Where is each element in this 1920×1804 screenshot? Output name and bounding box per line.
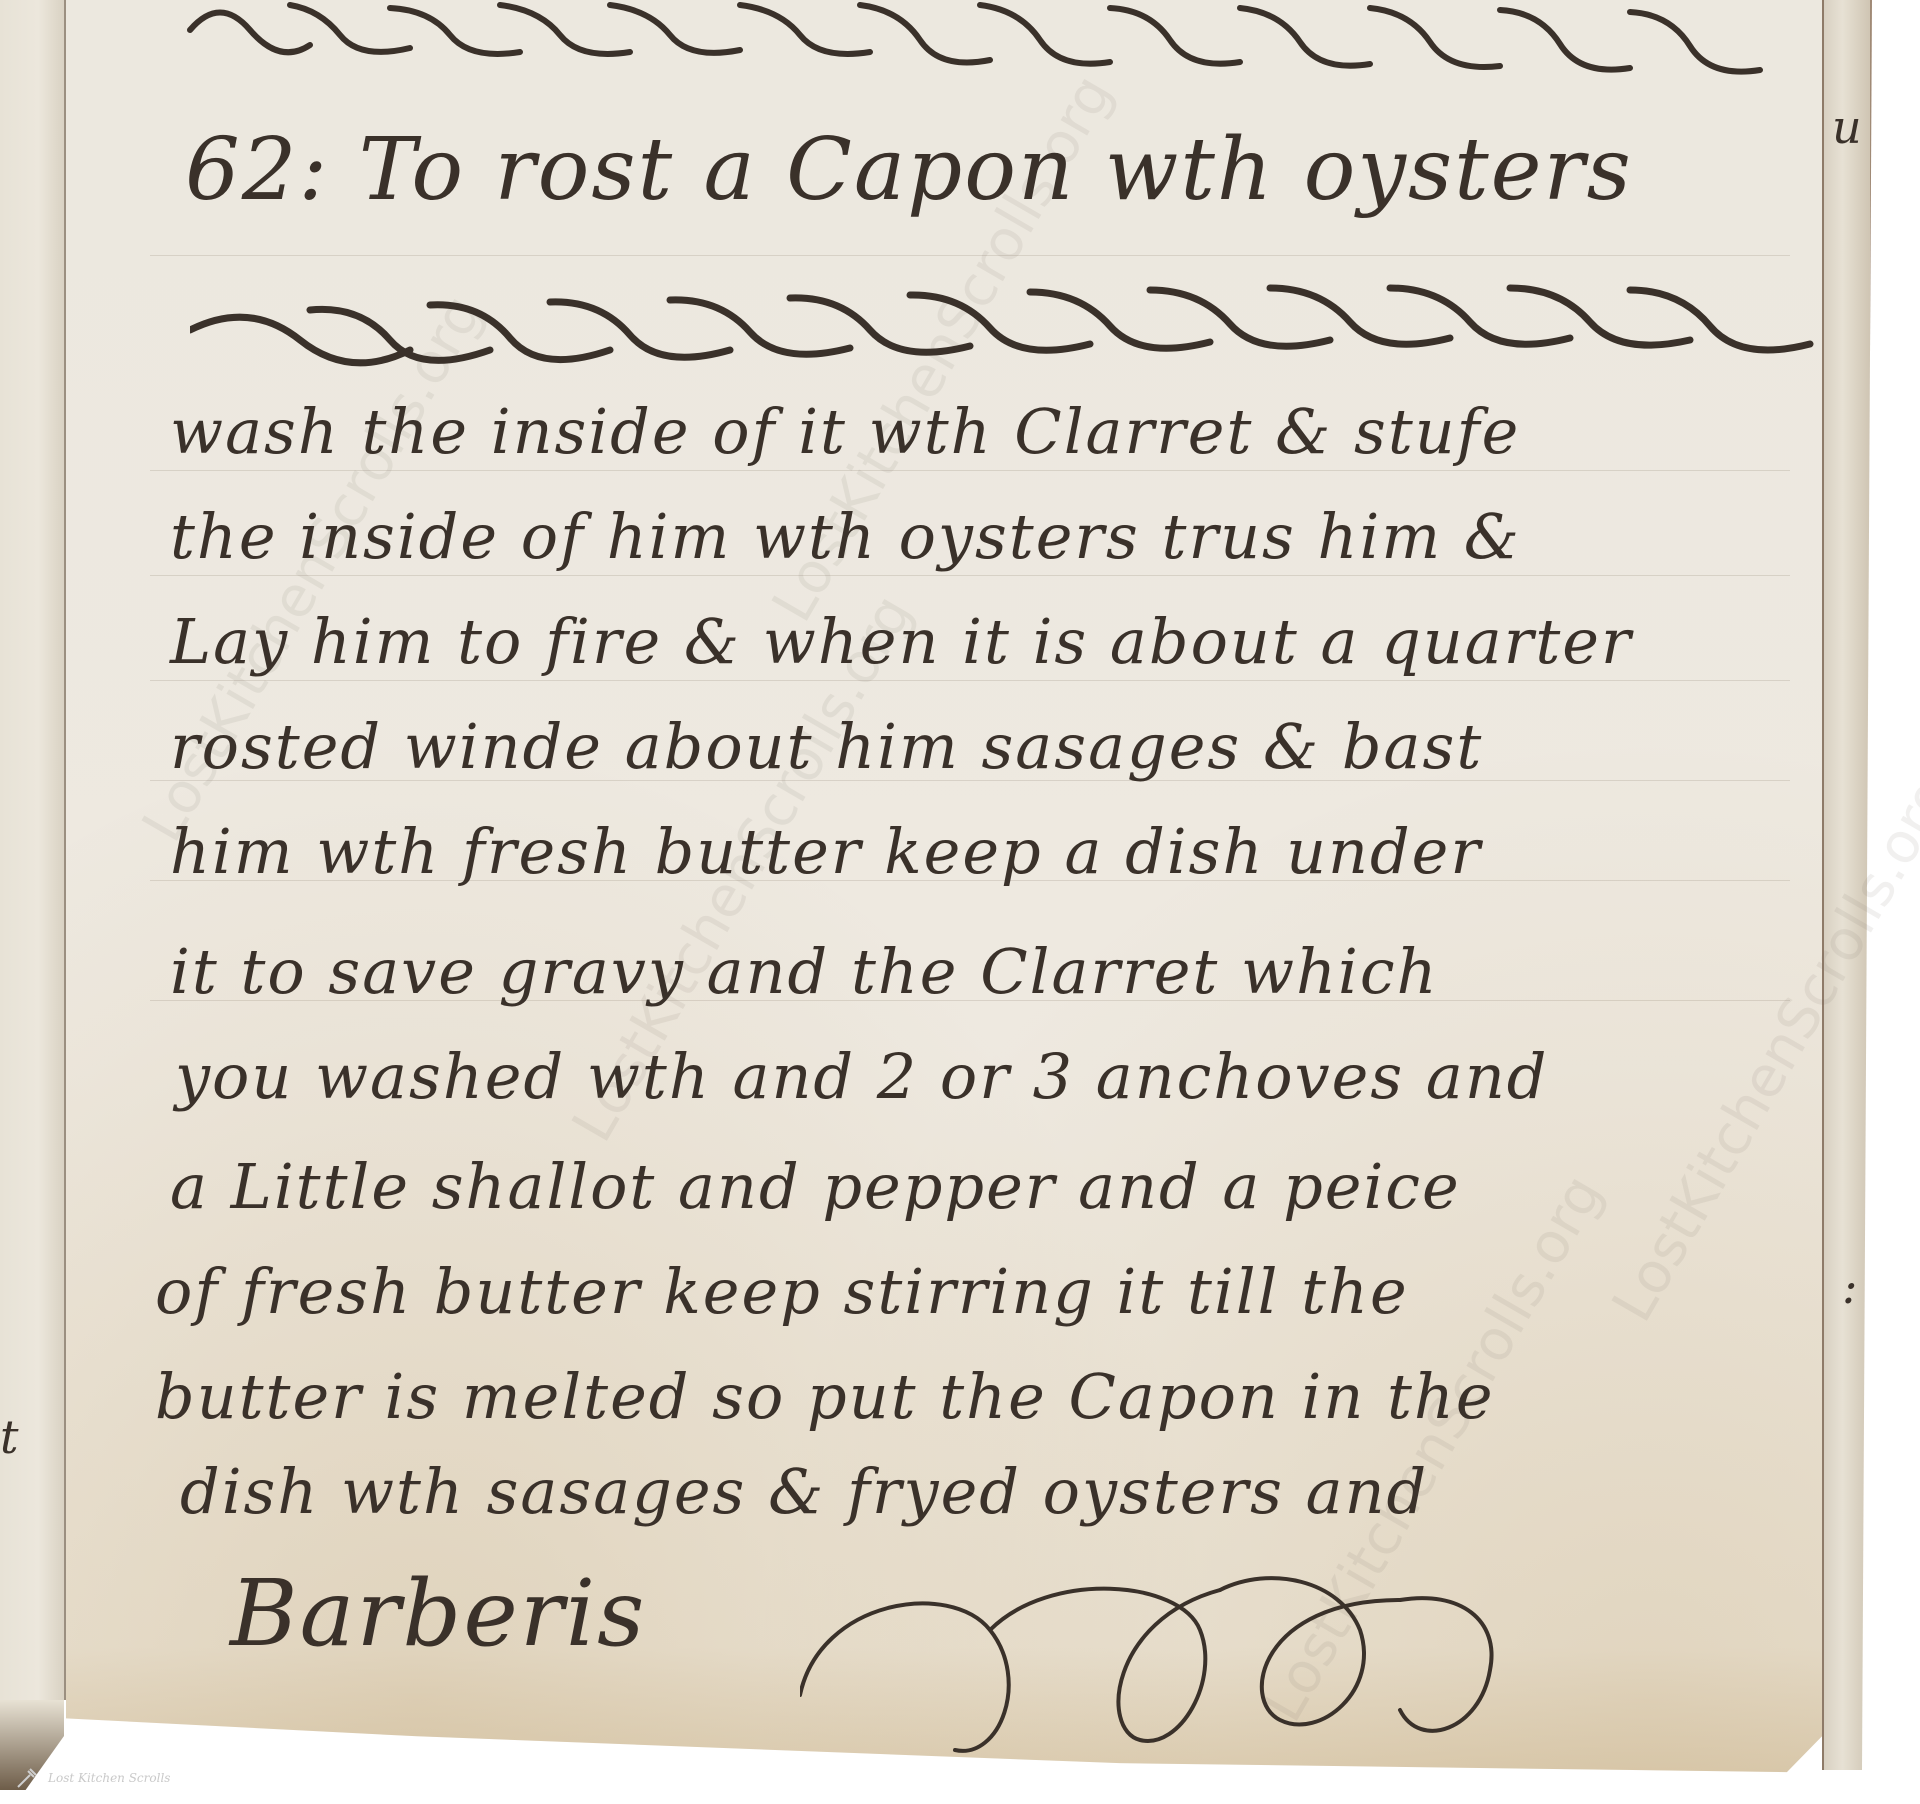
recipe-line: Lay him to fire & when it is about a qua… — [170, 605, 1633, 678]
recipe-line: him wth fresh butter keep a dish under — [170, 815, 1482, 888]
decorative-wave-border-middle — [190, 280, 1830, 380]
margin-mark: t — [0, 1410, 19, 1464]
logo-text: Lost Kitchen Scrolls — [48, 1771, 170, 1785]
recipe-number: 62: — [185, 120, 329, 220]
recipe-title-text: To rost a Capon wth oysters — [359, 120, 1633, 220]
recipe-line: dish wth sasages & fryed oysters and — [180, 1455, 1428, 1528]
recipe-line: a Little shallot and pepper and a peice — [170, 1150, 1461, 1223]
margin-mark: : — [1842, 1260, 1858, 1314]
site-logo: Lost Kitchen Scrolls — [14, 1765, 170, 1791]
recipe-line: of fresh butter keep stirring it till th… — [155, 1255, 1409, 1328]
decorative-flourish-loops — [800, 1560, 1720, 1760]
decorative-wave-border-top — [180, 0, 1830, 80]
recipe-line: you washed wth and 2 or 3 anchoves and — [175, 1040, 1548, 1113]
fork-icon — [14, 1765, 40, 1791]
closing-word: Barberis — [230, 1560, 646, 1667]
recipe-title: 62: To rost a Capon wth oysters — [185, 120, 1633, 220]
margin-mark: u — [1832, 100, 1862, 154]
recipe-line: it to save gravy and the Clarret which — [170, 935, 1439, 1008]
ruled-line — [150, 575, 1790, 576]
ruled-line — [150, 680, 1790, 681]
recipe-line: the inside of him wth oysters trus him & — [170, 500, 1521, 573]
recipe-line: butter is melted so put the Capon in the — [155, 1360, 1495, 1433]
recipe-line: wash the inside of it wth Clarret & stuf… — [170, 395, 1520, 468]
recipe-line: rosted winde about him sasages & bast — [170, 710, 1483, 783]
